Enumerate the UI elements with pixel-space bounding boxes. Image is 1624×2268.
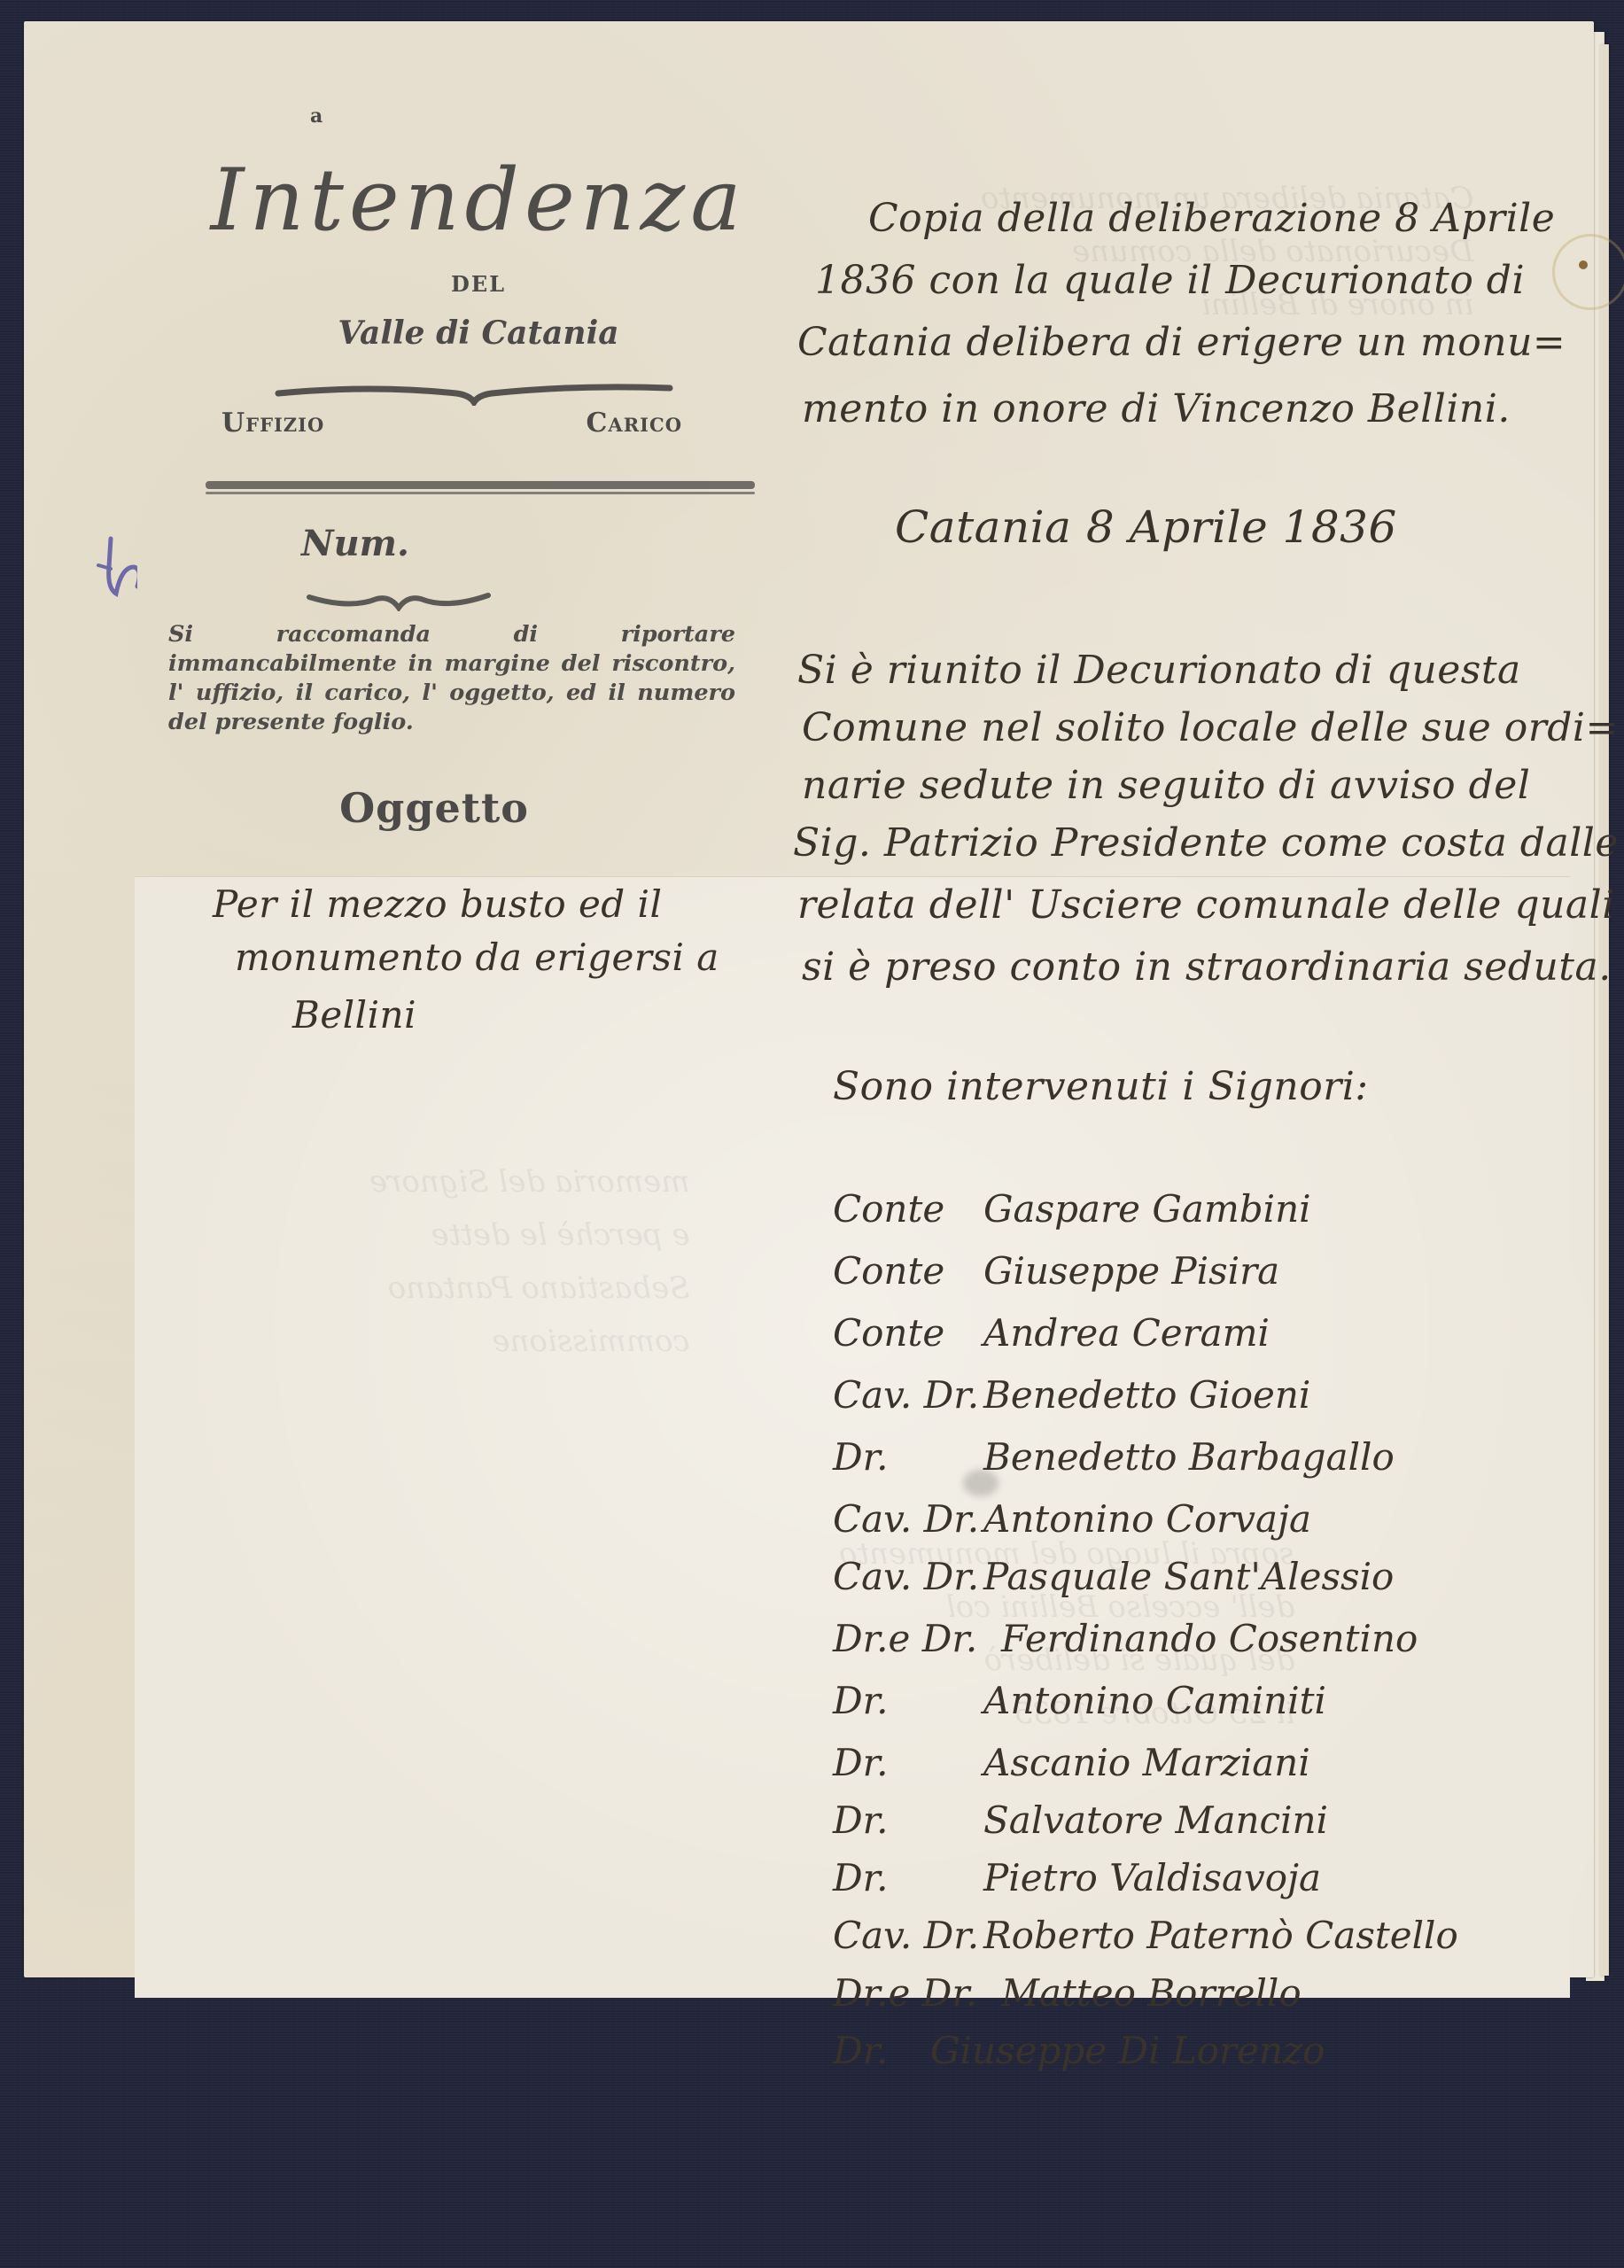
attendee-title: Dr. — [833, 1435, 889, 1479]
heading-line: Copia della deliberazione 8 Aprile — [868, 199, 1555, 238]
attendee-name: Giuseppe Di Lorenzo — [930, 2029, 1325, 2072]
heading-line: 1836 con la quale il Decurionato di — [815, 261, 1525, 300]
ornament-divider — [306, 592, 492, 611]
place-date: Catania 8 Aprile 1836 — [895, 505, 1397, 549]
attendee-title: Dr. — [833, 1741, 889, 1784]
pencil-numeral-annotation — [75, 532, 137, 602]
attendee-title: Conte — [833, 1249, 944, 1293]
num-label: Num. — [301, 523, 409, 564]
oggetto-line: monumento da erigersi a — [235, 939, 719, 976]
attendee-title: Cav. Dr. — [833, 1914, 979, 1957]
attendee-title: Dr.e Dr. — [833, 1971, 977, 2015]
carico-label: Carico — [587, 408, 682, 439]
body-line: si è preso conto in straordinaria seduta… — [802, 948, 1612, 987]
letterhead-del: DEL — [168, 271, 789, 297]
heading-line: Catania delibera di erigere un monu= — [797, 323, 1566, 362]
double-rule-divider — [206, 481, 755, 494]
attendee-title: Cav. Dr. — [833, 1497, 979, 1541]
attendee-name: Pasquale Sant'Alessio — [983, 1555, 1394, 1598]
attendee-name: Antonino Caminiti — [983, 1679, 1326, 1722]
letterhead-title: Intendenza — [168, 151, 789, 250]
attendee-title: Conte — [833, 1187, 944, 1231]
attendee-name: Ascanio Marziani — [983, 1741, 1310, 1784]
attendee-title: Dr. — [833, 1798, 889, 1842]
heading-line: mento in onore di Vincenzo Bellini. — [802, 390, 1511, 429]
attendee-title: Cav. Dr. — [833, 1555, 979, 1598]
attendee-name: Roberto Paternò Castello — [983, 1914, 1458, 1957]
attendee-title: Dr.e Dr. — [833, 1617, 977, 1660]
rule-thick — [206, 481, 755, 489]
rule-thin — [206, 492, 755, 494]
body-line: relata dell' Usciere comunale delle qual… — [797, 886, 1615, 925]
attendee-name: Pietro Valdisavoja — [983, 1856, 1321, 1899]
underlying-sheet-edge — [1599, 44, 1609, 1976]
body-line: Comune nel solito locale delle sue ordi= — [802, 709, 1619, 748]
attendee-name: Matteo Borrello — [1001, 1971, 1302, 2015]
attendee-name: Andrea Cerami — [983, 1311, 1270, 1355]
uffizio-label: Uffizio — [221, 408, 324, 439]
body-line: Si è riunito il Decurionato di questa — [797, 651, 1521, 690]
attendee-title: Conte — [833, 1311, 944, 1355]
ornament-divider — [275, 383, 673, 406]
attendees-intro: Sono intervenuti i Signori: — [833, 1068, 1369, 1107]
paper-stain — [1552, 234, 1624, 310]
paper-stain — [1579, 260, 1588, 269]
attendee-name: Salvatore Mancini — [983, 1798, 1328, 1842]
corner-mark: a — [310, 105, 322, 128]
oggetto-line: Per il mezzo busto ed il — [213, 886, 662, 923]
attendee-title: Dr. — [833, 1679, 889, 1722]
show-through-ink: memoria del Signoree perchè le detteSeba… — [369, 1155, 690, 1368]
attendee-title: Dr. — [833, 1856, 889, 1899]
attendee-name: Benedetto Gioeni — [983, 1373, 1310, 1417]
oggetto-line: Bellini — [292, 997, 416, 1034]
body-line: narie sedute in seguito di avviso del — [802, 766, 1530, 805]
oggetto-heading: Oggetto — [301, 784, 567, 832]
attendee-name: Benedetto Barbagallo — [983, 1435, 1395, 1479]
attendee-name: Giuseppe Pisira — [983, 1249, 1279, 1293]
body-line: Sig. Patrizio Presidente come costa dall… — [793, 824, 1619, 863]
attendee-name: Ferdinando Cosentino — [1001, 1617, 1418, 1660]
attendee-title: Cav. Dr. — [833, 1373, 979, 1417]
uffizio-carico-row: Uffizio Carico — [221, 408, 682, 439]
instruction-notice: Si raccomanda di riportare immancabilmen… — [168, 620, 735, 737]
attendee-title: Dr. — [833, 2029, 889, 2072]
attendee-name: Gaspare Gambini — [983, 1187, 1311, 1231]
letterhead-valle: Valle di Catania — [168, 315, 789, 352]
attendee-name: Antonino Corvaja — [983, 1497, 1311, 1541]
